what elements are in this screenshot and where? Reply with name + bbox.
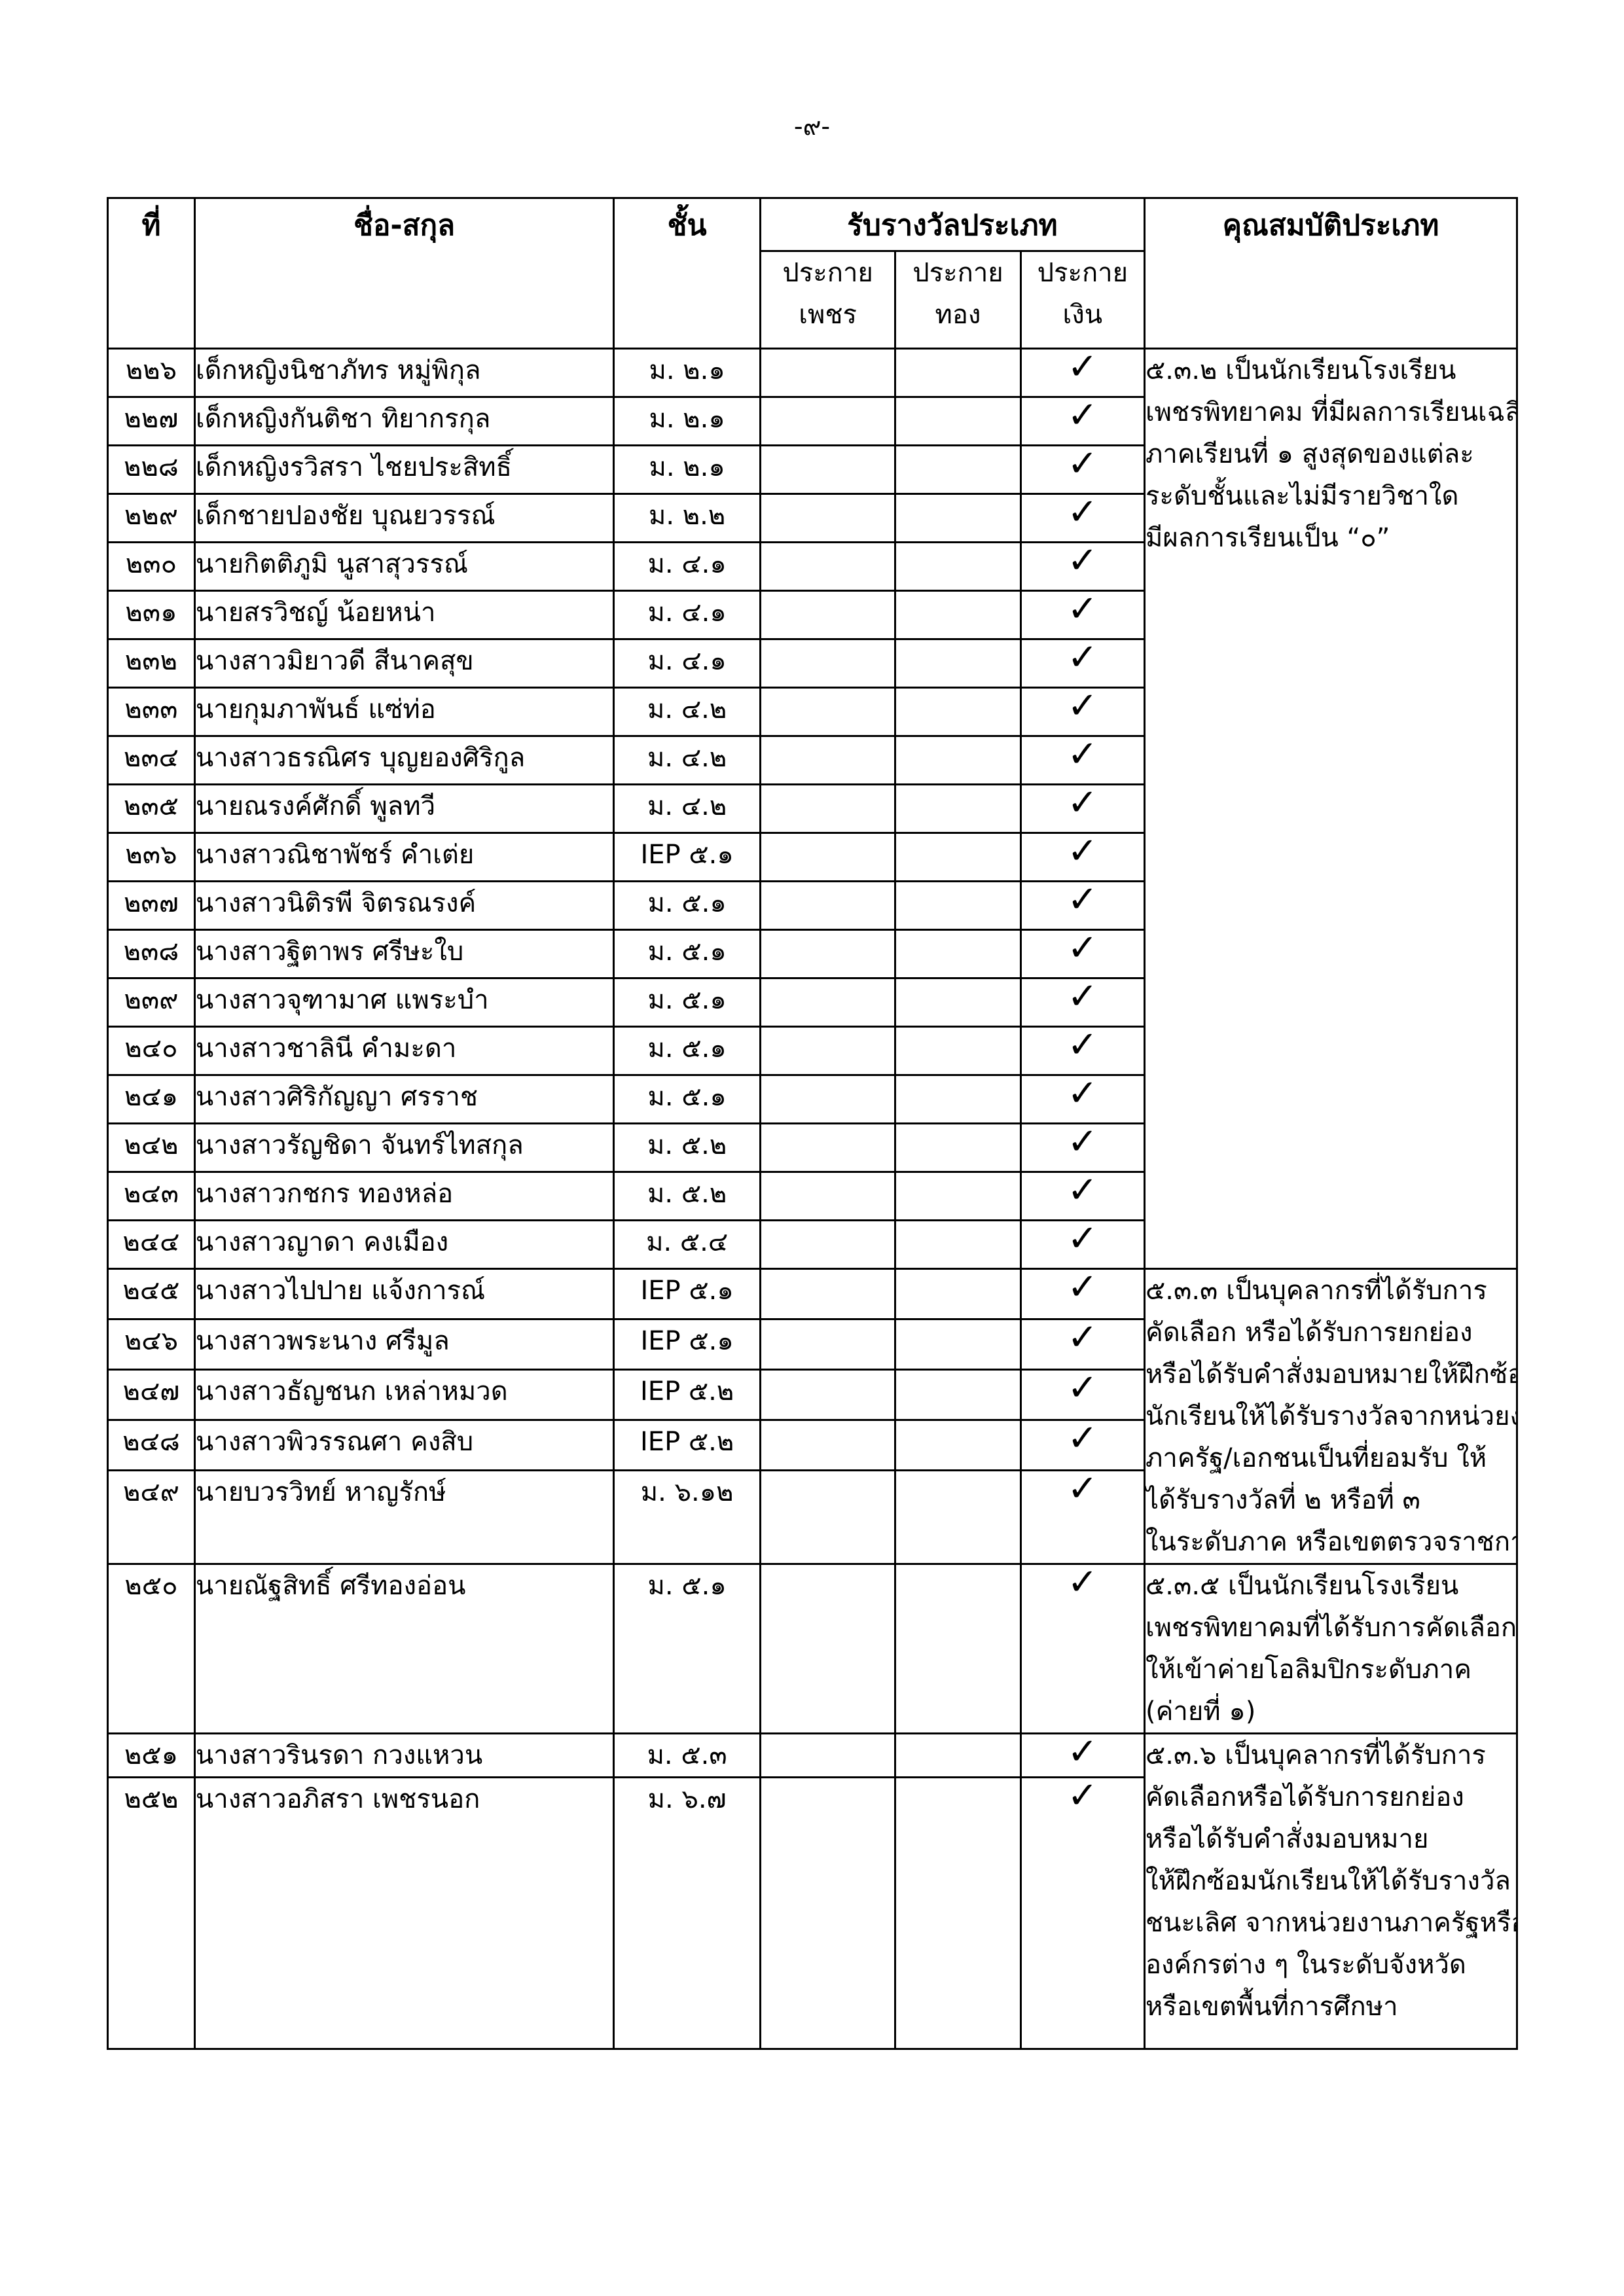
award-diamond-cell [760, 1319, 895, 1370]
header-award-gold-line1: ประกาย [912, 258, 1003, 288]
award-silver-cell: ✓ [1020, 1221, 1144, 1269]
award-silver-cell: ✓ [1020, 1564, 1144, 1734]
award-gold-cell [895, 882, 1020, 930]
student-name: นายกุมภาพันธ์ แซ่ท่อ [194, 688, 613, 736]
check-icon: ✓ [1067, 495, 1098, 529]
award-gold-cell [895, 349, 1020, 397]
row-number: ๒๒๗ [108, 397, 195, 446]
award-silver-cell: ✓ [1020, 785, 1144, 833]
qualification-line: ภาครัฐ/เอกชนเป็นที่ยอมรับ ให้ [1146, 1437, 1516, 1479]
header-award-diamond: ประกายเพชร [760, 251, 895, 349]
qualification-line: หรือเขตพื้นที่การศึกษา [1146, 1986, 1516, 2028]
table-row: ๒๒๖เด็กหญิงนิชาภัทร หมู่พิกุลม. ๒.๑✓๕.๓.… [108, 349, 1517, 397]
row-number: ๒๔๙ [108, 1471, 195, 1564]
grade-level: ม. ๔.๑ [614, 591, 761, 639]
award-diamond-cell [760, 1778, 895, 2049]
grade-level: IEP ๕.๒ [614, 1420, 761, 1471]
row-number: ๒๓๖ [108, 833, 195, 882]
award-diamond-cell [760, 1221, 895, 1269]
check-icon: ✓ [1067, 1779, 1098, 1813]
grade-level: ม. ๕.๑ [614, 1075, 761, 1124]
qualification-line: ให้เข้าค่ายโอลิมปิกระดับภาค [1146, 1649, 1516, 1691]
row-number: ๒๓๓ [108, 688, 195, 736]
award-gold-cell [895, 1221, 1020, 1269]
check-icon: ✓ [1067, 544, 1098, 578]
award-diamond-cell [760, 1420, 895, 1471]
grade-level: ม. ๕.๔ [614, 1221, 761, 1269]
award-silver-cell: ✓ [1020, 1124, 1144, 1172]
header-award-diamond-line1: ประกาย [782, 258, 873, 288]
award-silver-cell: ✓ [1020, 494, 1144, 543]
award-silver-cell: ✓ [1020, 1172, 1144, 1221]
header-award-silver-line2: เงิน [1063, 300, 1103, 330]
award-gold-cell [895, 543, 1020, 591]
student-name: เด็กหญิงรวิสรา ไชยประสิทธิ์ [194, 446, 613, 494]
award-gold-cell [895, 1778, 1020, 2049]
page-number: -๙- [0, 110, 1624, 143]
award-gold-cell [895, 688, 1020, 736]
row-number: ๒๕๒ [108, 1778, 195, 2049]
award-silver-cell: ✓ [1020, 1370, 1144, 1420]
qualification-line: หรือได้รับคำสั่งมอบหมาย [1146, 1818, 1516, 1860]
qualification-line: ในระดับภาค หรือเขตตรวจราชการ [1146, 1521, 1516, 1563]
award-diamond-cell [760, 1564, 895, 1734]
row-number: ๒๔๔ [108, 1221, 195, 1269]
award-gold-cell [895, 397, 1020, 446]
award-diamond-cell [760, 1370, 895, 1420]
row-number: ๒๕๑ [108, 1734, 195, 1778]
grade-level: ม. ๒.๒ [614, 494, 761, 543]
header-award-diamond-line2: เพชร [799, 300, 857, 330]
award-gold-cell [895, 639, 1020, 688]
award-gold-cell [895, 1172, 1020, 1221]
student-name: นางสาวไปปาย แจ้งการณ์ [194, 1269, 613, 1319]
student-name: นางสาวนิติรพี จิตรณรงค์ [194, 882, 613, 930]
award-diamond-cell [760, 591, 895, 639]
grade-level: ม. ๕.๒ [614, 1172, 761, 1221]
header-qualification: คุณสมบัติประเภท [1145, 198, 1517, 349]
grade-level: ม. ๒.๑ [614, 349, 761, 397]
row-number: ๒๔๘ [108, 1420, 195, 1471]
qualification-cell: ๕.๓.๒ เป็นนักเรียนโรงเรียนเพชรพิทยาคม ที… [1145, 349, 1517, 1269]
header-award-type: รับรางวัลประเภท [760, 198, 1144, 251]
check-icon: ✓ [1067, 883, 1098, 917]
award-silver-cell: ✓ [1020, 397, 1144, 446]
grade-level: ม. ๕.๑ [614, 882, 761, 930]
qualification-line: ชนะเลิศ จากหน่วยงานภาครัฐหรือ [1146, 1902, 1516, 1944]
student-name: นายณรงค์ศักดิ์ พูลทวี [194, 785, 613, 833]
student-name: นางสาวพระนาง ศรีมูล [194, 1319, 613, 1370]
award-diamond-cell [760, 930, 895, 978]
row-number: ๒๔๖ [108, 1319, 195, 1370]
check-icon: ✓ [1067, 1422, 1098, 1456]
row-number: ๒๔๑ [108, 1075, 195, 1124]
qualification-line: คัดเลือกหรือได้รับการยกย่อง [1146, 1776, 1516, 1818]
award-silver-cell: ✓ [1020, 446, 1144, 494]
award-gold-cell [895, 1564, 1020, 1734]
award-silver-cell: ✓ [1020, 1319, 1144, 1370]
award-silver-cell: ✓ [1020, 591, 1144, 639]
student-name: นางสาวชาลินี คำมะดา [194, 1027, 613, 1075]
award-diamond-cell [760, 494, 895, 543]
row-number: ๒๔๗ [108, 1370, 195, 1420]
row-number: ๒๓๐ [108, 543, 195, 591]
check-icon: ✓ [1067, 980, 1098, 1014]
student-name: เด็กหญิงนิชาภัทร หมู่พิกุล [194, 349, 613, 397]
award-silver-cell: ✓ [1020, 1734, 1144, 1778]
row-number: ๒๓๒ [108, 639, 195, 688]
award-diamond-cell [760, 736, 895, 785]
check-icon: ✓ [1067, 1566, 1098, 1600]
student-name: นางสาวรัญชิดา จันทร์ไทสกุล [194, 1124, 613, 1172]
qualification-line: เพชรพิทยาคมที่ได้รับการคัดเลือก [1146, 1607, 1516, 1649]
grade-level: ม. ๔.๒ [614, 785, 761, 833]
student-name: นายกิตติภูมิ นูสาสุวรรณ์ [194, 543, 613, 591]
row-number: ๒๒๙ [108, 494, 195, 543]
student-name: เด็กชายปองชัย บุณยวรรณ์ [194, 494, 613, 543]
table-header: ที่ ชื่อ-สกุล ชั้น รับรางวัลประเภท คุณสม… [108, 198, 1517, 349]
row-number: ๒๒๖ [108, 349, 195, 397]
award-silver-cell: ✓ [1020, 882, 1144, 930]
check-icon: ✓ [1067, 641, 1098, 675]
award-gold-cell [895, 736, 1020, 785]
award-silver-cell: ✓ [1020, 1027, 1144, 1075]
table-body: ๒๒๖เด็กหญิงนิชาภัทร หมู่พิกุลม. ๒.๑✓๕.๓.… [108, 349, 1517, 2049]
award-diamond-cell [760, 688, 895, 736]
student-name: นางสาวณิชาพัชร์ คำเต่ย [194, 833, 613, 882]
table-row: ๒๔๕นางสาวไปปาย แจ้งการณ์IEP ๕.๑✓๕.๓.๓ เป… [108, 1269, 1517, 1319]
header-award-silver-line1: ประกาย [1038, 258, 1128, 288]
qualification-line: ภาคเรียนที่ ๑ สูงสุดของแต่ละ [1146, 433, 1516, 475]
grade-level: IEP ๕.๑ [614, 1269, 761, 1319]
award-gold-cell [895, 930, 1020, 978]
award-diamond-cell [760, 1124, 895, 1172]
row-number: ๒๓๗ [108, 882, 195, 930]
award-gold-cell [895, 1471, 1020, 1564]
award-diamond-cell [760, 882, 895, 930]
award-silver-cell: ✓ [1020, 1269, 1144, 1319]
header-award-gold-line2: ทอง [935, 300, 981, 330]
qualification-line: องค์กรต่าง ๆ ในระดับจังหวัด [1146, 1944, 1516, 1986]
student-name: นางสาวมิยาวดี สีนาคสุข [194, 639, 613, 688]
award-diamond-cell [760, 397, 895, 446]
student-name: นางสาวพิวรรณศา คงสิบ [194, 1420, 613, 1471]
qualification-line: มีผลการเรียนเป็น “๐” [1146, 517, 1516, 559]
award-diamond-cell [760, 1734, 895, 1778]
qualification-line: ๕.๓.๓ เป็นบุคลากรที่ได้รับการ [1146, 1270, 1516, 1312]
grade-level: IEP ๕.๑ [614, 833, 761, 882]
header-award-gold: ประกายทอง [895, 251, 1020, 349]
check-icon: ✓ [1067, 834, 1098, 869]
student-name: เด็กหญิงกันติชา ทิยากรกุล [194, 397, 613, 446]
qualification-line: หรือได้รับคำสั่งมอบหมายให้ฝึกซ้อม [1146, 1354, 1516, 1395]
header-no: ที่ [108, 198, 195, 349]
award-silver-cell: ✓ [1020, 639, 1144, 688]
student-name: นางสาวญาดา คงเมือง [194, 1221, 613, 1269]
qualification-cell: ๕.๓.๕ เป็นนักเรียนโรงเรียนเพชรพิทยาคมที่… [1145, 1564, 1517, 1734]
award-silver-cell: ✓ [1020, 978, 1144, 1027]
student-name: นางสาวจุฑามาศ แพระบำ [194, 978, 613, 1027]
student-name: นายบวรวิทย์ หาญรักษ์ [194, 1471, 613, 1564]
qualification-line: ๕.๓.๒ เป็นนักเรียนโรงเรียน [1146, 350, 1516, 391]
award-silver-cell: ✓ [1020, 688, 1144, 736]
check-icon: ✓ [1067, 1174, 1098, 1208]
row-number: ๒๕๐ [108, 1564, 195, 1734]
grade-level: ม. ๔.๒ [614, 736, 761, 785]
check-icon: ✓ [1067, 689, 1098, 723]
check-icon: ✓ [1067, 1371, 1098, 1405]
grade-level: IEP ๕.๒ [614, 1370, 761, 1420]
award-diamond-cell [760, 543, 895, 591]
grade-level: ม. ๒.๑ [614, 397, 761, 446]
award-silver-cell: ✓ [1020, 1420, 1144, 1471]
award-diamond-cell [760, 349, 895, 397]
check-icon: ✓ [1067, 1735, 1098, 1769]
grade-level: ม. ๕.๒ [614, 1124, 761, 1172]
award-silver-cell: ✓ [1020, 930, 1144, 978]
award-diamond-cell [760, 1269, 895, 1319]
check-icon: ✓ [1067, 592, 1098, 626]
row-number: ๒๔๓ [108, 1172, 195, 1221]
qualification-cell: ๕.๓.๓ เป็นบุคลากรที่ได้รับการคัดเลือก หร… [1145, 1269, 1517, 1564]
award-gold-cell [895, 1027, 1020, 1075]
grade-level: ม. ๒.๑ [614, 446, 761, 494]
row-number: ๒๒๘ [108, 446, 195, 494]
check-icon: ✓ [1067, 399, 1098, 433]
award-gold-cell [895, 785, 1020, 833]
student-name: นางสาวกชกร ทองหล่อ [194, 1172, 613, 1221]
qualification-line: เพชรพิทยาคม ที่มีผลการเรียนเฉลี่ย [1146, 391, 1516, 433]
award-diamond-cell [760, 639, 895, 688]
award-silver-cell: ✓ [1020, 1075, 1144, 1124]
awards-table: ที่ ชื่อ-สกุล ชั้น รับรางวัลประเภท คุณสม… [107, 197, 1518, 2050]
grade-level: ม. ๕.๑ [614, 930, 761, 978]
award-gold-cell [895, 494, 1020, 543]
student-name: นางสาวรินรดา กวงแหวน [194, 1734, 613, 1778]
check-icon: ✓ [1067, 1222, 1098, 1256]
row-number: ๒๓๕ [108, 785, 195, 833]
student-name: นางสาวฐิตาพร ศรีษะใบ [194, 930, 613, 978]
award-gold-cell [895, 1319, 1020, 1370]
check-icon: ✓ [1067, 1321, 1098, 1355]
award-diamond-cell [760, 1075, 895, 1124]
row-number: ๒๔๕ [108, 1269, 195, 1319]
row-number: ๒๓๙ [108, 978, 195, 1027]
row-number: ๒๓๘ [108, 930, 195, 978]
award-gold-cell [895, 978, 1020, 1027]
grade-level: ม. ๔.๑ [614, 543, 761, 591]
row-number: ๒๓๔ [108, 736, 195, 785]
award-gold-cell [895, 1370, 1020, 1420]
student-name: นางสาวธัญชนก เหล่าหมวด [194, 1370, 613, 1420]
student-name: นายณัฐสิทธิ์ ศรีทองอ่อน [194, 1564, 613, 1734]
check-icon: ✓ [1067, 786, 1098, 820]
award-diamond-cell [760, 1027, 895, 1075]
award-diamond-cell [760, 833, 895, 882]
check-icon: ✓ [1067, 1125, 1098, 1159]
award-gold-cell [895, 1420, 1020, 1471]
check-icon: ✓ [1067, 931, 1098, 965]
grade-level: ม. ๕.๑ [614, 978, 761, 1027]
student-name: นางสาวธรณิศร บุญยองศิริกูล [194, 736, 613, 785]
table-row: ๒๕๑นางสาวรินรดา กวงแหวนม. ๕.๓✓๕.๓.๖ เป็น… [108, 1734, 1517, 1778]
row-number: ๒๔๒ [108, 1124, 195, 1172]
check-icon: ✓ [1067, 1077, 1098, 1111]
student-name: นายสรวิชญ์ น้อยหน่า [194, 591, 613, 639]
qualification-line: คัดเลือก หรือได้รับการยกย่อง [1146, 1312, 1516, 1354]
award-gold-cell [895, 1734, 1020, 1778]
header-grade: ชั้น [614, 198, 761, 349]
header-name: ชื่อ-สกุล [194, 198, 613, 349]
check-icon: ✓ [1067, 738, 1098, 772]
qualification-line: ได้รับรางวัลที่ ๒ หรือที่ ๓ [1146, 1479, 1516, 1521]
student-name: นางสาวศิริกัญญา ศรราช [194, 1075, 613, 1124]
grade-level: ม. ๕.๑ [614, 1027, 761, 1075]
award-diamond-cell [760, 1172, 895, 1221]
award-gold-cell [895, 833, 1020, 882]
award-silver-cell: ✓ [1020, 833, 1144, 882]
qualification-line: ๕.๓.๖ เป็นบุคลากรที่ได้รับการ [1146, 1734, 1516, 1776]
award-silver-cell: ✓ [1020, 736, 1144, 785]
check-icon: ✓ [1067, 350, 1098, 384]
award-gold-cell [895, 1075, 1020, 1124]
qualification-cell: ๕.๓.๖ เป็นบุคลากรที่ได้รับการคัดเลือกหรื… [1145, 1734, 1517, 2049]
check-icon: ✓ [1067, 1472, 1098, 1506]
row-number: ๒๔๐ [108, 1027, 195, 1075]
row-number: ๒๓๑ [108, 591, 195, 639]
grade-level: ม. ๕.๓ [614, 1734, 761, 1778]
qualification-line: นักเรียนให้ได้รับรางวัลจากหน่วยงาน [1146, 1395, 1516, 1437]
qualification-line: ระดับชั้นและไม่มีรายวิชาใด [1146, 475, 1516, 517]
header-award-silver: ประกายเงิน [1020, 251, 1144, 349]
grade-level: ม. ๖.๗ [614, 1778, 761, 2049]
grade-level: ม. ๕.๑ [614, 1564, 761, 1734]
award-silver-cell: ✓ [1020, 1778, 1144, 2049]
grade-level: ม. ๖.๑๒ [614, 1471, 761, 1564]
qualification-line: ๕.๓.๕ เป็นนักเรียนโรงเรียน [1146, 1565, 1516, 1607]
award-gold-cell [895, 591, 1020, 639]
qualification-line: ให้ฝึกซ้อมนักเรียนให้ได้รับรางวัล [1146, 1860, 1516, 1902]
grade-level: ม. ๔.๒ [614, 688, 761, 736]
award-gold-cell [895, 446, 1020, 494]
table-row: ๒๕๐นายณัฐสิทธิ์ ศรีทองอ่อนม. ๕.๑✓๕.๓.๕ เ… [108, 1564, 1517, 1734]
award-silver-cell: ✓ [1020, 349, 1144, 397]
award-diamond-cell [760, 1471, 895, 1564]
qualification-line: (ค่ายที่ ๑) [1146, 1691, 1516, 1732]
award-gold-cell [895, 1269, 1020, 1319]
grade-level: IEP ๕.๑ [614, 1319, 761, 1370]
award-gold-cell [895, 1124, 1020, 1172]
grade-level: ม. ๔.๑ [614, 639, 761, 688]
check-icon: ✓ [1067, 1028, 1098, 1062]
award-silver-cell: ✓ [1020, 1471, 1144, 1564]
award-diamond-cell [760, 978, 895, 1027]
student-name: นางสาวอภิสรา เพชรนอก [194, 1778, 613, 2049]
award-diamond-cell [760, 446, 895, 494]
check-icon: ✓ [1067, 1270, 1098, 1304]
award-silver-cell: ✓ [1020, 543, 1144, 591]
check-icon: ✓ [1067, 447, 1098, 481]
award-diamond-cell [760, 785, 895, 833]
